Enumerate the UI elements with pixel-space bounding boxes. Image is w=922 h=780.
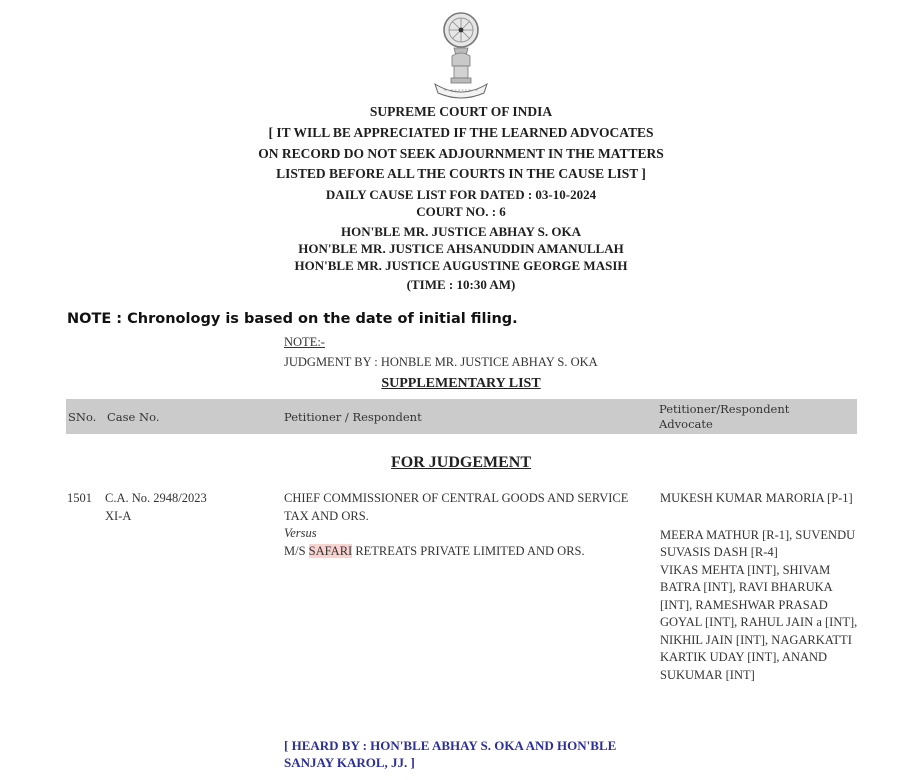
column-header-advocates: Petitioner/Respondent Advocate — [659, 402, 819, 432]
notice-line: [ IT WILL BE APPRECIATED IF THE LEARNED … — [0, 123, 922, 144]
note-label: NOTE:- — [284, 335, 325, 350]
table-header: SNo. Case No. Petitioner / Respondent Pe… — [66, 399, 857, 434]
cause-list-info: DAILY CAUSE LIST FOR DATED : 03-10-2024 … — [0, 186, 922, 220]
search-highlight: SAFARI — [309, 544, 353, 558]
petitioner-advocate: MUKESH KUMAR MARORIA [P-1] — [660, 490, 860, 508]
column-header-sno: SNo. — [68, 410, 96, 424]
column-header-parties: Petitioner / Respondent — [284, 410, 422, 424]
case-number: C.A. No. 2948/2023 — [105, 490, 265, 508]
petitioner-name: CHIEF COMMISSIONER OF CENTRAL GOODS AND … — [284, 490, 654, 525]
bench-judges: HON'BLE MR. JUSTICE ABHAY S. OKA HON'BLE… — [0, 223, 922, 274]
intervenor-advocates: VIKAS MEHTA [INT], SHIVAM BATRA [INT], R… — [660, 562, 860, 685]
respondent-advocates: MEERA MATHUR [R-1], SUVENDU SUVASIS DASH… — [660, 527, 860, 562]
respondent-prefix: M/S — [284, 544, 309, 558]
cause-list-date: DAILY CAUSE LIST FOR DATED : 03-10-2024 — [0, 186, 922, 203]
judge-name: HON'BLE MR. JUSTICE AHSANUDDIN AMANULLAH — [0, 240, 922, 257]
judge-name: HON'BLE MR. JUSTICE AUGUSTINE GEORGE MAS… — [0, 257, 922, 274]
notice-line: LISTED BEFORE ALL THE COURTS IN THE CAUS… — [0, 164, 922, 185]
judgment-by: JUDGMENT BY : HONBLE MR. JUSTICE ABHAY S… — [284, 355, 598, 370]
case-cell: C.A. No. 2948/2023 XI-A — [105, 490, 265, 525]
advocates-cell: MUKESH KUMAR MARORIA [P-1] MEERA MATHUR … — [660, 490, 860, 684]
spacer — [660, 508, 860, 527]
respondent-name: M/S SAFARI RETREATS PRIVATE LIMITED AND … — [284, 543, 654, 561]
heard-by-note: [ HEARD BY : HON'BLE ABHAY S. OKA AND HO… — [284, 737, 624, 771]
court-time: (TIME : 10:30 AM) — [0, 275, 922, 296]
notice-line: ON RECORD DO NOT SEEK ADJOURNMENT IN THE… — [0, 144, 922, 165]
versus-label: Versus — [284, 525, 654, 543]
case-category: XI-A — [105, 508, 265, 526]
chronology-note: NOTE : Chronology is based on the date o… — [67, 311, 518, 327]
respondent-suffix: RETREATS PRIVATE LIMITED AND ORS. — [352, 544, 584, 558]
court-title: SUPREME COURT OF INDIA — [0, 102, 922, 123]
judge-name: HON'BLE MR. JUSTICE ABHAY S. OKA — [0, 223, 922, 240]
parties-cell: CHIEF COMMISSIONER OF CENTRAL GOODS AND … — [284, 490, 654, 560]
section-title: FOR JUDGEMENT — [0, 454, 922, 472]
court-number: COURT NO. : 6 — [0, 203, 922, 220]
serial-number: 1501 — [67, 490, 92, 508]
column-header-case-no: Case No. — [107, 410, 159, 424]
adjournment-notice: [ IT WILL BE APPRECIATED IF THE LEARNED … — [0, 123, 922, 185]
list-type-heading: SUPPLEMENTARY LIST — [0, 376, 922, 392]
supreme-court-emblem-icon — [432, 6, 490, 102]
